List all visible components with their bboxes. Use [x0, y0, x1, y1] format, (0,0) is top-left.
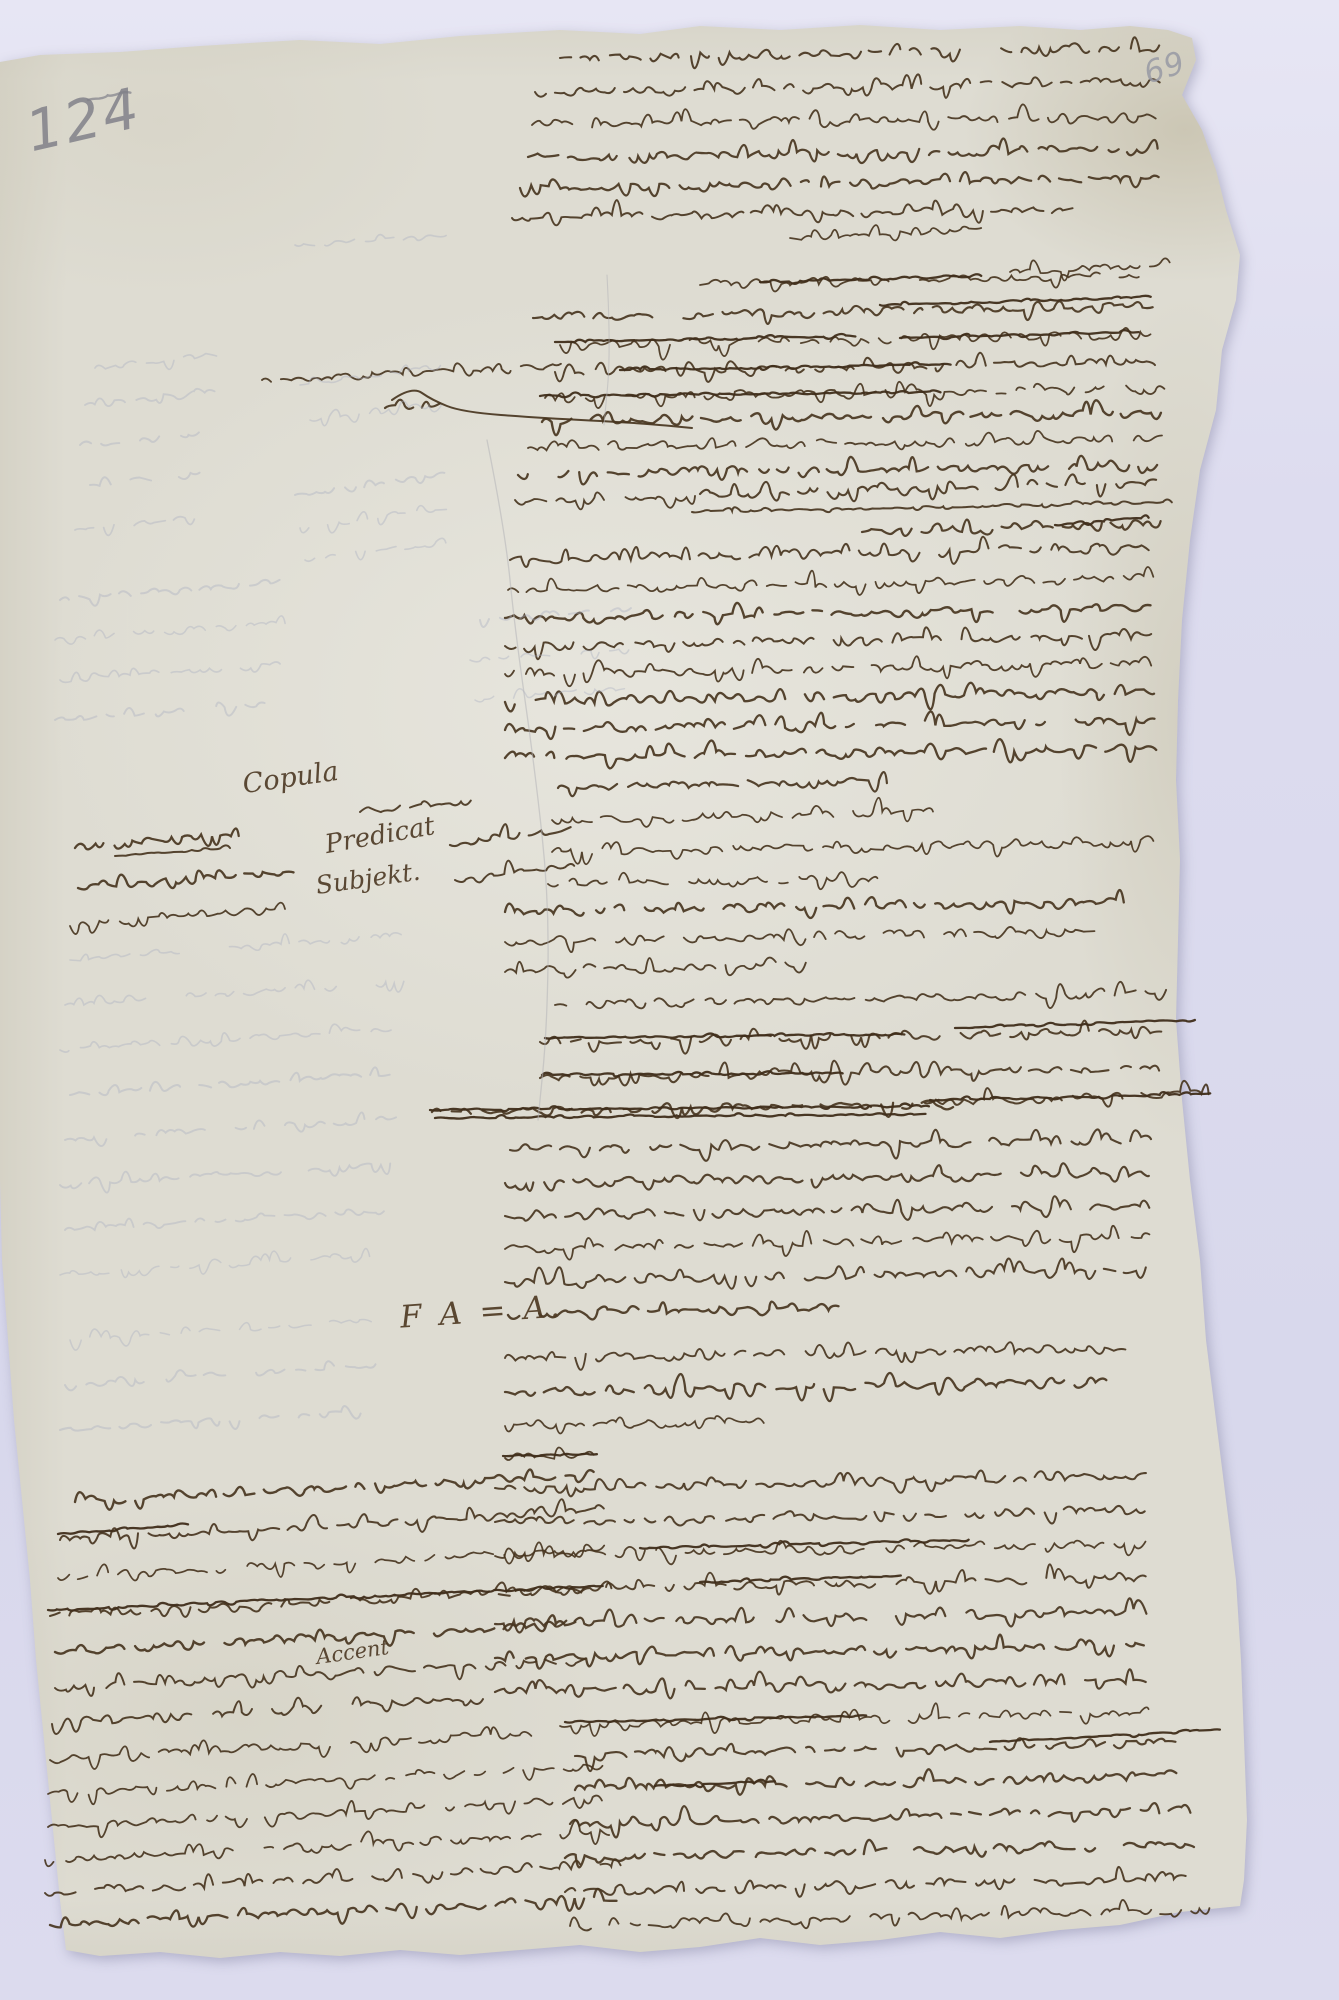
- manuscript-page: [0, 0, 1339, 2000]
- paper-shadow: [0, 0, 1339, 2000]
- manuscript-scan: 124 69 F A = A. CopulaPredicatSubjekt.Ac…: [0, 0, 1339, 2000]
